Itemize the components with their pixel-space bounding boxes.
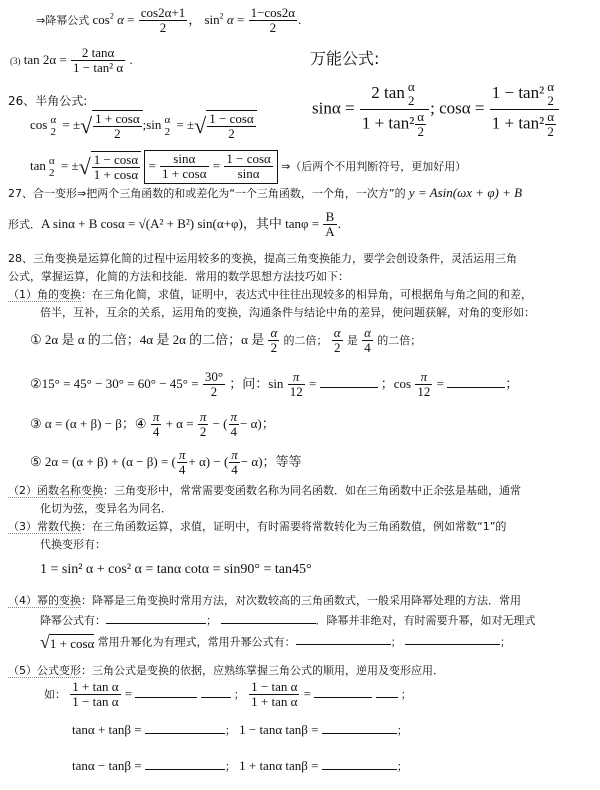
item-2: ②15° = 45° − 30° = 60° − 45° = 30°2 ；问：s… [30, 370, 518, 400]
answer-blank-r2b[interactable] [322, 768, 397, 770]
item-3-4: ③ α = (α + β) − β；④ π4 + α = π2 − (π4− α… [30, 410, 275, 440]
section-27-line1: 27、合一变形⇒把两个三角函数的和或差化为“一个三角函数，一个角，一次方”的 y… [8, 185, 522, 201]
p4-line2: 降幂公式有：； ．降幂并非绝对，有时需要升幂，如对无理式 [40, 612, 536, 628]
section-28-intro2: 公式，掌握运算，化简的方法和技能．常用的数学思想方法技巧如下： [8, 268, 349, 284]
p5-row2: tanα − tanβ = ； 1 + tanα tanβ = ； [72, 758, 408, 774]
answer-blank-r2a[interactable] [145, 768, 225, 770]
cos-lhs: cos [92, 12, 109, 27]
half-angle-tan: tanα2 = ±√1 − cosα1 + cosα = sinα1 + cos… [30, 150, 466, 184]
p4-line1: （4）幂的变换：降幂是三角变换时常用方法，对次数较高的三角函数式，一般采用降幂处… [8, 592, 521, 608]
section-27-line2: 形式．A sinα + B cosα = √(A² + B²) sin(α+φ)… [8, 210, 341, 240]
tan-fraction: 2 tanα1 − tan² α [71, 46, 125, 76]
p5-line1: （5）公式变形：三角公式是变换的依据，应熟练掌握三角公式的顺用，逆用及变形应用． [8, 662, 444, 678]
boxed-tan-alternatives: = sinα1 + cosα = 1 − cosαsinα [144, 150, 277, 184]
item-1: ① 2α 是 α 的二倍；4α 是 2α 的二倍；α 是 α2 的二倍； α2 … [30, 326, 421, 356]
universal-formula-title: 万能公式: [310, 46, 379, 69]
answer-blank-cos[interactable] [447, 386, 505, 388]
answer-blank-raise-2[interactable] [405, 643, 500, 645]
p3-formula: 1 = sin² α + cos² α = tanα cotα = sin90°… [40, 562, 312, 578]
answer-blank-reduce-1[interactable] [106, 622, 206, 624]
p5-row1: tanα + tanβ = ； 1 − tanα tanβ = ； [72, 722, 408, 738]
p3-line2: 代换变形有： [40, 536, 106, 552]
answer-blank-f2b[interactable] [376, 696, 398, 698]
sin-lhs: sin [204, 12, 219, 27]
section-28-intro1: 28、三角变换是运算化简的过程中运用较多的变换，提高三角变换能力，要学会创设条件… [8, 250, 517, 266]
answer-blank-sin[interactable] [320, 386, 378, 388]
p1-line2: 倍半，互补，互余的关系，运用角的变换，沟通条件与结论中角的差异，使问题获解，对角… [40, 304, 535, 320]
p3-line1: （3）常数代换：在三角函数运算，求值，证明中，有时需要将常数转化为三角函数值，例… [8, 518, 506, 534]
p2-line1: （2）函数名称变换：三角变形中，常常需要变函数名称为同名函数．如在三角函数中正余… [8, 482, 521, 498]
answer-blank-f1b[interactable] [201, 696, 231, 698]
answer-blank-reduce-2[interactable] [221, 622, 316, 624]
p5-fractions: 如： 1 + tan α1 − tan α = ； 1 − tan α1 + t… [44, 680, 412, 710]
p4-line3: √1 + cosα 常用升幂化为有理式，常用升幂公式有：； ； [40, 632, 511, 653]
answer-blank-r1a[interactable] [145, 732, 225, 734]
sin-fraction: 1−cos2α2 [249, 6, 297, 36]
universal-formula: sinα = 2 tanα21 + tan²α2; cosα = 1 − tan… [312, 80, 560, 139]
answer-blank-r1b[interactable] [322, 732, 397, 734]
half-angle-cos-sin: cosα2 = ±√1 + cosα2;sinα2 = ±√1 − cosα2 [30, 110, 257, 142]
arrow-icon: ⇒ [36, 14, 45, 27]
p2-line2: 化切为弦，变异名为同名． [40, 500, 172, 516]
answer-blank-raise-1[interactable] [296, 643, 391, 645]
answer-blank-f2a[interactable] [314, 696, 372, 698]
section-26-title: 26、半角公式: [8, 92, 87, 109]
index: (3) [10, 56, 21, 66]
answer-blank-f1a[interactable] [135, 696, 197, 698]
double-angle-tan-line: (3) tan 2α = 2 tanα1 − tan² α . [10, 46, 133, 76]
label: 降幂公式 [45, 14, 89, 27]
note: ⇒（后两个不用判断符号，更加好用） [281, 160, 466, 173]
lhs: tan 2α = [24, 52, 67, 67]
cos-fraction: cos2α+12 [139, 6, 187, 36]
power-reduction-line: ⇒降幂公式 cos2 α = cos2α+12， sin2 α = 1−cos2… [36, 6, 301, 36]
p1-line1: （1）角的变换：在三角化简，求值，证明中，表达式中往往出现较多的相异角，可根据角… [8, 286, 532, 302]
item-5: ⑤ 2α = (α + β) + (α − β) = (π4+ α) − (π4… [30, 448, 302, 478]
